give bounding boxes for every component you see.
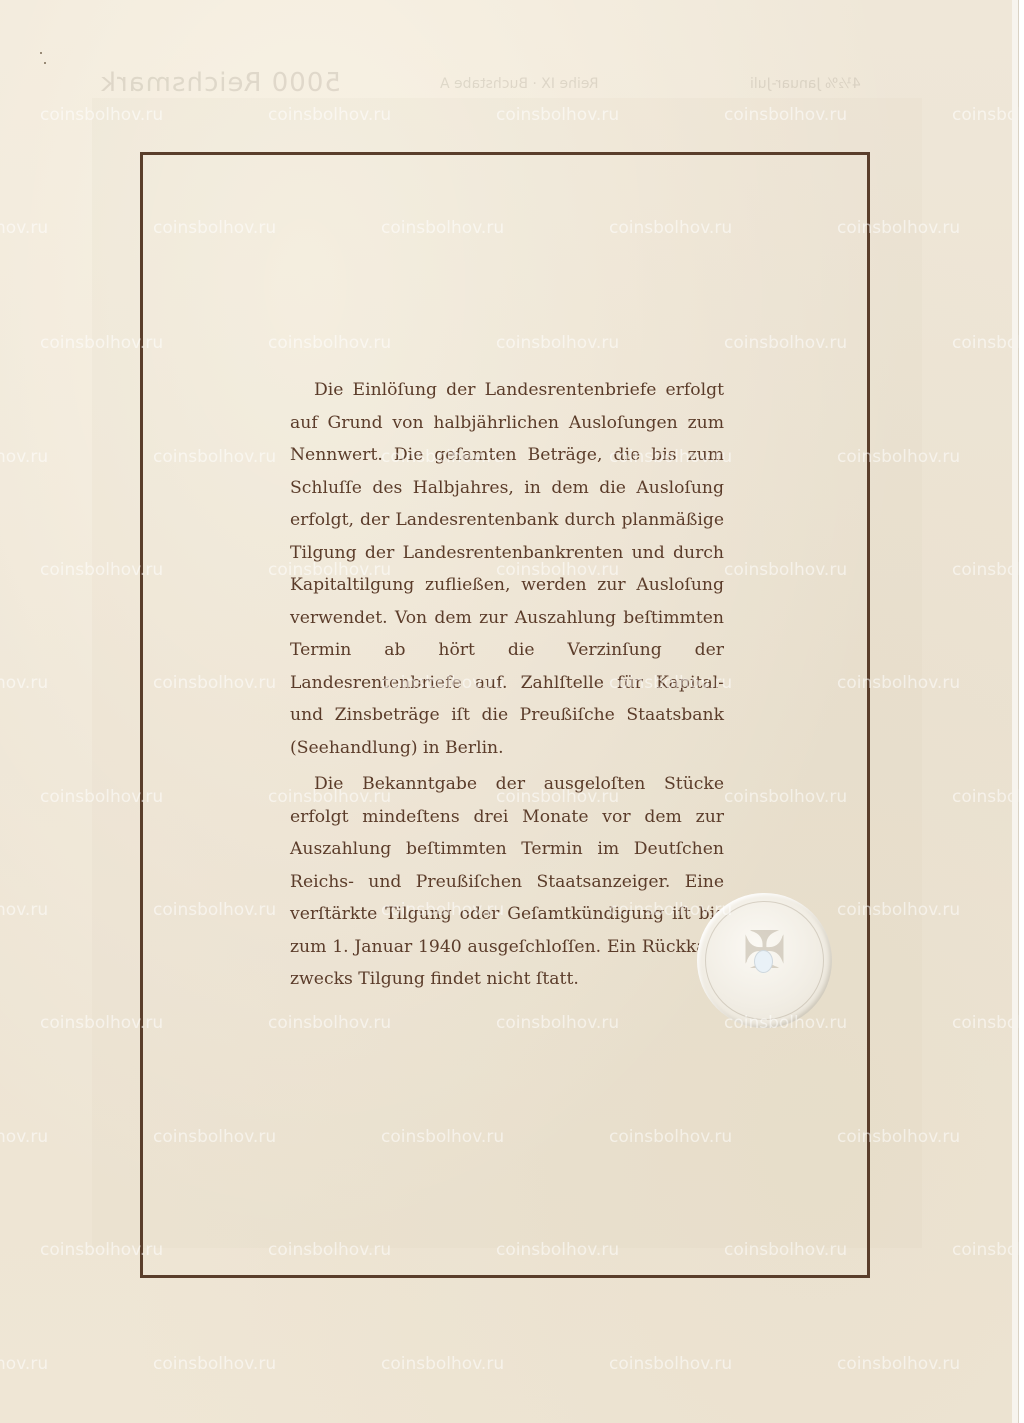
show-through-amount: 5000 Reichsmark: [100, 68, 341, 98]
watermark-text: coinsbolhov.ru: [153, 1354, 276, 1374]
watermark-text: coinsbolhov.ru: [837, 1354, 960, 1374]
watermark-text: coinsbolhov.ru: [0, 218, 48, 238]
watermark-text: coinsbolhov.ru: [0, 1127, 48, 1147]
page-edge: [1012, 0, 1018, 1423]
watermark-text: coinsbolhov.ru: [0, 673, 48, 693]
show-through-series: Reihe IX · Buchstabe A: [440, 76, 599, 92]
paragraph-redemption: Die Einlöſung der Landesrentenbriefe erf…: [290, 374, 724, 764]
watermark-text: coinsbolhov.ru: [609, 1354, 732, 1374]
ink-speck: [44, 62, 46, 64]
terms-text: Die Einlöſung der Landesrentenbriefe erf…: [290, 374, 724, 996]
punch-hole: [754, 950, 773, 973]
watermark-text: coinsbolhov.ru: [381, 1354, 504, 1374]
paragraph-announcement: Die Bekanntgabe der ausgeloſten Stücke e…: [290, 768, 724, 996]
ink-speck: [40, 52, 42, 54]
watermark-text: coinsbolhov.ru: [0, 1354, 48, 1374]
certificate-page: 5000 Reichsmark Reihe IX · Buchstabe A 4…: [0, 0, 1019, 1423]
embossed-seal: ✠: [697, 893, 832, 1028]
watermark-text: coinsbolhov.ru: [0, 900, 48, 920]
watermark-text: coinsbolhov.ru: [0, 447, 48, 467]
show-through-date: 4½% Januar-Juli: [750, 76, 861, 92]
